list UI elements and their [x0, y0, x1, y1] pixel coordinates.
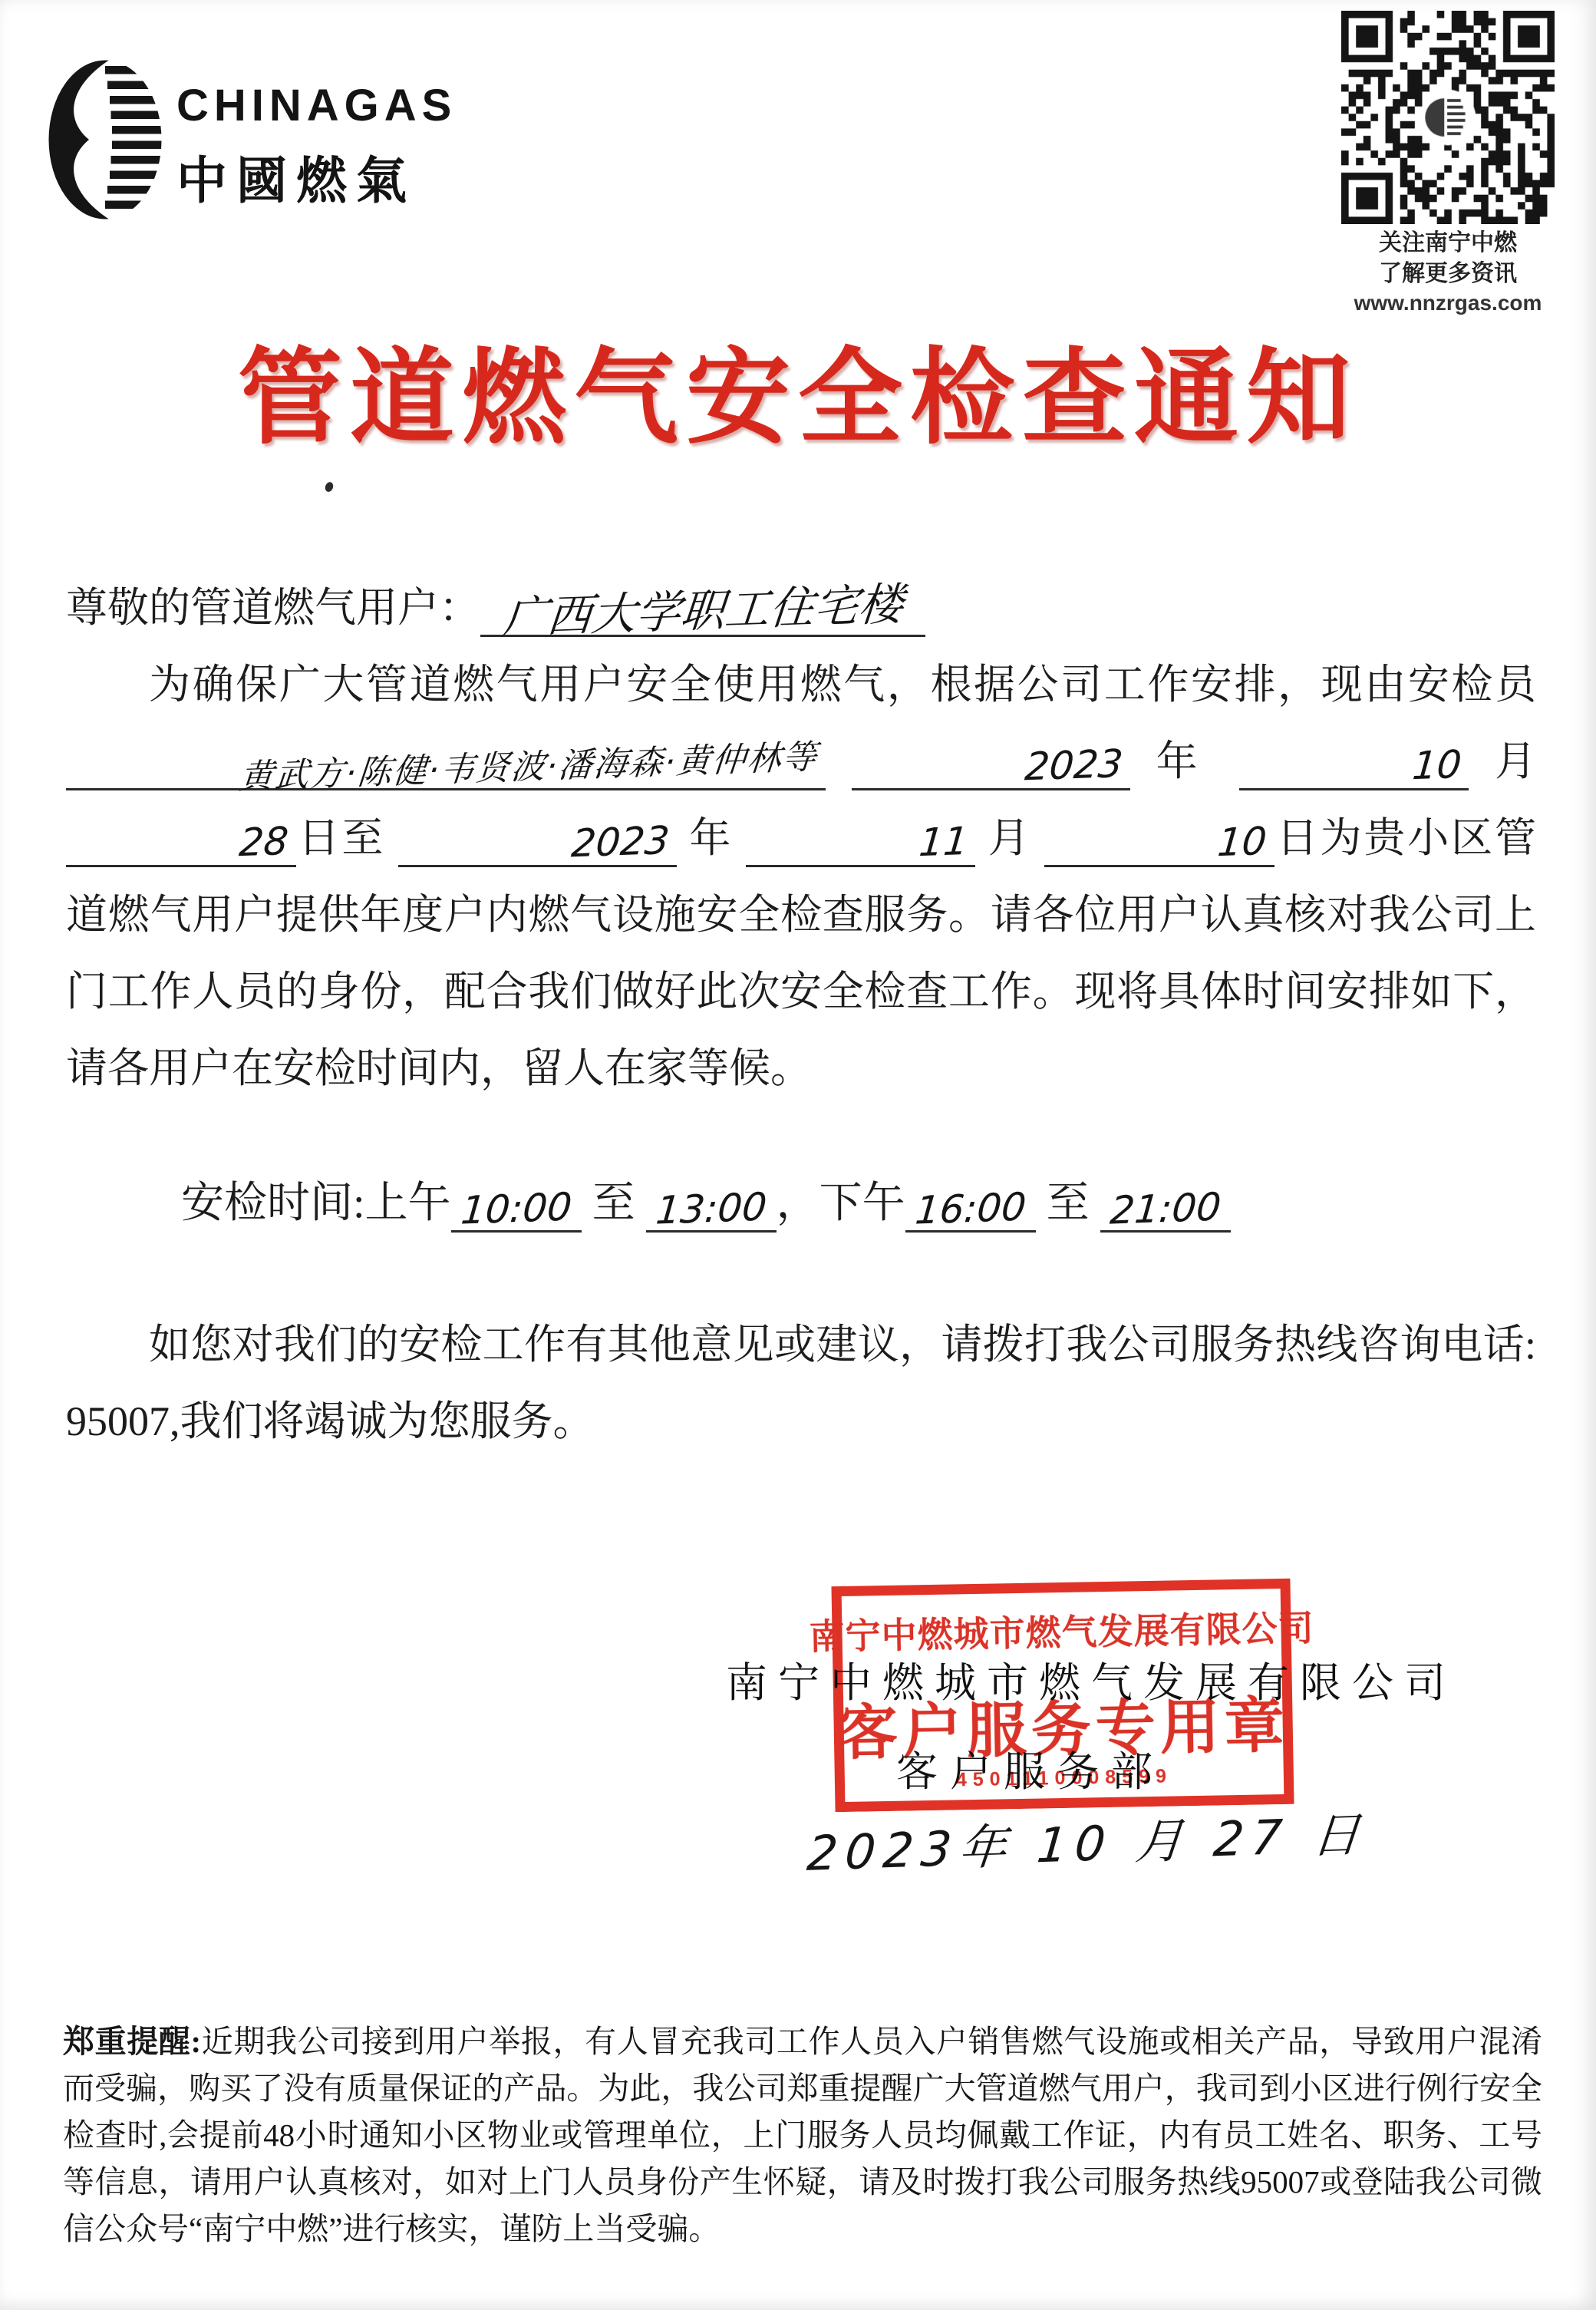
inspection-times-line: 安检时间:上午10:00 至 13:00，下午16:00 至 21:00 — [66, 1165, 1536, 1242]
time1-blank: 10:00 — [451, 1186, 582, 1233]
customer-name-blank: 广西大学职工住宅楼 — [480, 589, 925, 637]
signature-date: 2023年 10 月 27 日 — [807, 1816, 1367, 1873]
scanned-notice-page: { "logo": { "brand_en": "CHINAGAS", "bra… — [0, 0, 1596, 2310]
logo-brand-en: CHINAGAS — [176, 80, 457, 131]
qr-url: www.nnzrgas.com — [1337, 291, 1559, 315]
company-seal-stamp: 南宁中燃城市燃气发展有限公司 客户服务专用章 4501110008599 — [831, 1579, 1294, 1812]
footer-warning-paragraph: 郑重提醒:近期我公司接到用户举报，有人冒充我司工作人员入户销售燃气设施或相关产品… — [63, 2018, 1542, 2252]
end-day-blank: 10 — [1044, 820, 1274, 867]
end-day-handwritten: 10 — [1133, 821, 1268, 866]
qr-caption-line2: 了解更多资讯 — [1337, 259, 1559, 289]
times-separator: 至 — [592, 1180, 635, 1227]
customer-name-handwritten: 广西大学职工住宅楼 — [501, 582, 905, 640]
year-label: 年 — [1156, 738, 1213, 784]
footer-warning-text: 近期我公司接到用户举报，有人冒充我司工作人员入户销售燃气设施或相关产品，导致用户… — [63, 2024, 1542, 2246]
start-year-blank: 2023 — [852, 744, 1130, 790]
time3-blank: 16:00 — [905, 1186, 1036, 1233]
time1-handwritten: 10:00 — [459, 1186, 573, 1230]
time2-handwritten: 13:00 — [654, 1186, 768, 1230]
time4-handwritten: 21:00 — [1108, 1186, 1222, 1230]
qr-caption-line1: 关注南宁中燃 — [1337, 228, 1559, 259]
times-label: 安检时间:上午 — [181, 1180, 451, 1227]
salutation-label: 尊敬的管道燃气用户： — [66, 585, 480, 631]
time4-blank: 21:00 — [1100, 1186, 1231, 1233]
qr-block: 关注南宁中燃 了解更多资讯 www.nnzrgas.com — [1337, 11, 1559, 315]
start-day-handwritten: 28 — [155, 821, 290, 866]
salutation-line: 尊敬的管道燃气用户：广西大学职工住宅楼 — [66, 569, 1536, 646]
inspectors-handwritten: 黄武方·陈健·韦贤波·潘海森·黄仲林等 — [155, 738, 819, 800]
end-year-handwritten: 2023 — [487, 820, 671, 866]
times-separator: ，下午 — [777, 1180, 905, 1227]
scan-artifact — [324, 481, 335, 493]
inspectors-blank: 黄武方·陈健·韦贤波·潘海森·黄仲林等 — [66, 744, 826, 790]
logo-brand-zh: 中國燃氣 — [176, 140, 416, 213]
main-para-text: 为确保广大管道燃气用户安全使用燃气，根据公司工作安排，现由安检员 — [149, 662, 1536, 708]
month-label: 月 — [1495, 738, 1536, 784]
qr-code — [1341, 11, 1555, 224]
times-separator: 至 — [1047, 1180, 1090, 1227]
signature-date-handwritten: 2023年 10 月 27 日 — [805, 1810, 1370, 1879]
page-title: 管道燃气安全检查通知 — [0, 313, 1596, 464]
start-day-blank: 28 — [66, 820, 296, 867]
stamp-registration-number: 4501110008599 — [956, 1766, 1172, 1792]
notice-body: 尊敬的管道燃气用户：广西大学职工住宅楼 为确保广大管道燃气用户安全使用燃气，根据… — [66, 569, 1536, 1460]
company-logo: CHINAGAS 中國燃氣 — [45, 28, 574, 235]
end-month-blank: 11 — [746, 820, 976, 867]
stamp-company-name: 南宁中燃城市燃气发展有限公司 — [809, 1600, 1314, 1659]
month-label: 月 — [988, 815, 1032, 861]
feedback-paragraph: 如您对我们的安检工作有其他意见或建议，请拨打我公司服务热线咨询电话: 95007… — [66, 1306, 1536, 1460]
start-year-handwritten: 2023 — [940, 744, 1124, 790]
end-year-blank: 2023 — [398, 820, 677, 867]
chinagas-logo-icon — [48, 58, 163, 221]
end-month-handwritten: 11 — [834, 821, 969, 866]
start-month-handwritten: 10 — [1327, 744, 1462, 789]
start-month-blank: 10 — [1239, 744, 1469, 790]
main-paragraph: 为确保广大管道燃气用户安全使用燃气，根据公司工作安排，现由安检员黄武方·陈健·韦… — [66, 646, 1536, 1107]
time3-handwritten: 16:00 — [913, 1186, 1027, 1230]
stamp-seal-title: 客户服务专用章 — [837, 1678, 1290, 1771]
main-para-text: 日至 — [296, 815, 386, 861]
year-label: 年 — [689, 815, 733, 861]
time2-blank: 13:00 — [646, 1186, 777, 1233]
footer-warning-lead: 郑重提醒: — [63, 2024, 201, 2059]
